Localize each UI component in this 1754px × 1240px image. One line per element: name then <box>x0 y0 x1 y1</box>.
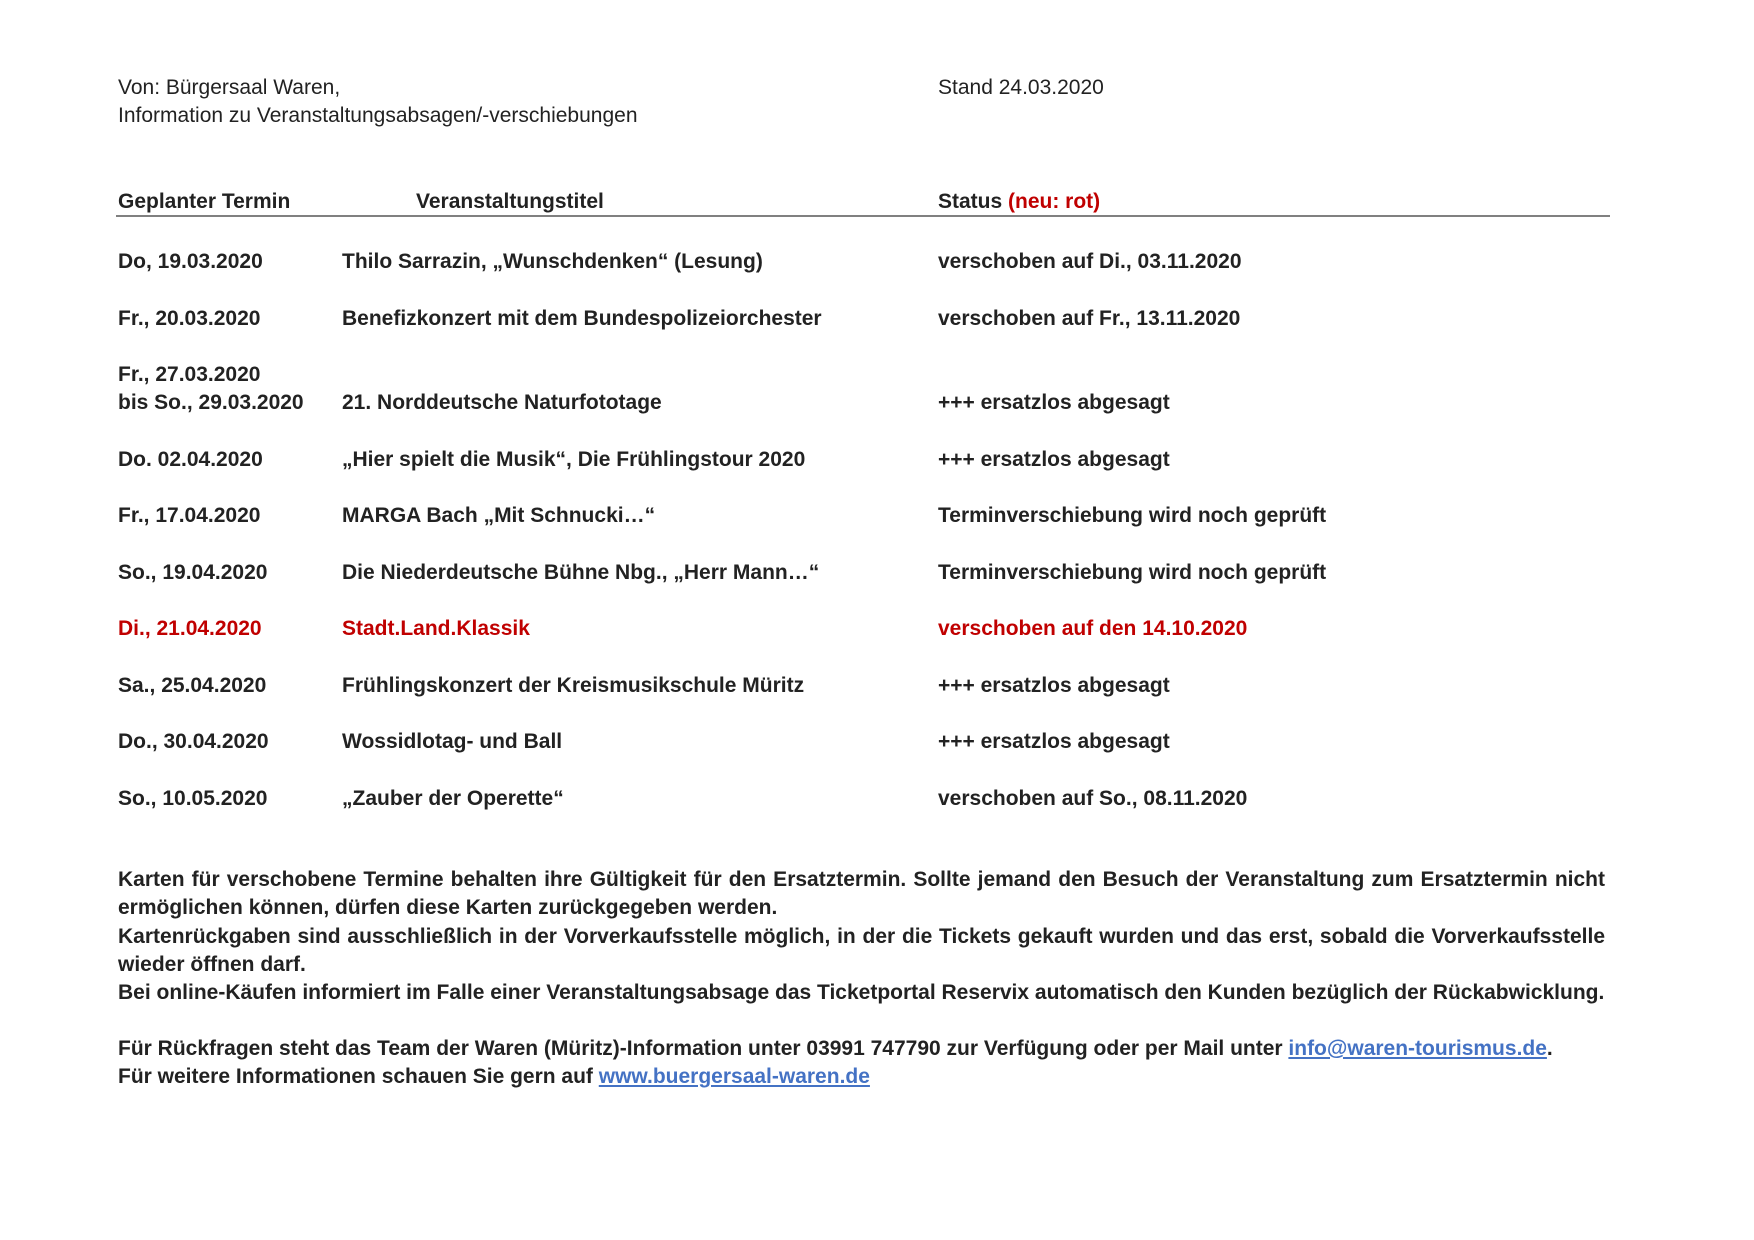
website-text: Für weitere Informationen schauen Sie ge… <box>118 1065 599 1088</box>
contact-line-website: Für weitere Informationen schauen Sie ge… <box>118 1063 1605 1091</box>
row-title: 21. Norddeutsche Naturfototage <box>342 389 662 417</box>
row-title: Thilo Sarrazin, „Wunschdenken“ (Lesung) <box>342 248 763 276</box>
row-date: bis So., 29.03.2020 <box>118 389 304 417</box>
row-date: Do., 30.04.2020 <box>118 728 269 756</box>
contact-line-phone-mail: Für Rückfragen steht das Team der Waren … <box>118 1035 1605 1063</box>
email-link[interactable]: info@waren-tourismus.de <box>1288 1037 1547 1060</box>
row-title: MARGA Bach „Mit Schnucki…“ <box>342 502 655 530</box>
row-title: „Zauber der Operette“ <box>342 785 564 813</box>
row-title: Wossidlotag- und Ball <box>342 728 562 756</box>
row-date: Do. 02.04.2020 <box>118 446 263 474</box>
row-date: Di., 21.04.2020 <box>118 615 262 643</box>
row-title: Frühlingskonzert der Kreismusikschule Mü… <box>342 672 804 700</box>
document-page: Von: Bürgersaal Waren, Information zu Ve… <box>0 0 1754 1240</box>
row-date: So., 10.05.2020 <box>118 785 267 813</box>
row-date-start: Fr., 27.03.2020 <box>118 361 260 389</box>
row-status: Terminverschiebung wird noch geprüft <box>938 559 1326 587</box>
row-status: verschoben auf den 14.10.2020 <box>938 615 1247 643</box>
row-status: Terminverschiebung wird noch geprüft <box>938 502 1326 530</box>
header-divider <box>116 215 1610 217</box>
row-date: So., 19.04.2020 <box>118 559 267 587</box>
note-validity: Karten für verschobene Termine behalten … <box>118 866 1605 923</box>
status-header-label: Status <box>938 190 1002 213</box>
note-online: Bei online-Käufen informiert im Falle ei… <box>118 979 1605 1007</box>
row-status: verschoben auf Fr., 13.11.2020 <box>938 305 1240 333</box>
column-header-title: Veranstaltungstitel <box>416 190 604 214</box>
row-title: „Hier spielt die Musik“, Die Frühlingsto… <box>342 446 805 474</box>
row-title: Stadt.Land.Klassik <box>342 615 530 643</box>
column-header-status: Status (neu: rot) <box>938 190 1100 214</box>
row-status: +++ ersatzlos abgesagt <box>938 446 1170 474</box>
status-header-note: (neu: rot) <box>1008 190 1100 213</box>
row-date: Fr., 17.04.2020 <box>118 502 260 530</box>
note-refunds: Kartenrückgaben sind ausschließlich in d… <box>118 923 1605 980</box>
row-title: Benefizkonzert mit dem Bundespolizeiorch… <box>342 305 822 333</box>
sender-line: Von: Bürgersaal Waren, <box>118 76 340 100</box>
row-status: +++ ersatzlos abgesagt <box>938 389 1170 417</box>
row-title: Die Niederdeutsche Bühne Nbg., „Herr Man… <box>342 559 819 587</box>
contact-info: Für Rückfragen steht das Team der Waren … <box>118 1035 1605 1092</box>
subject-line: Information zu Veranstaltungsabsagen/-ve… <box>118 104 638 128</box>
row-status: +++ ersatzlos abgesagt <box>938 672 1170 700</box>
contact-text: Für Rückfragen steht das Team der Waren … <box>118 1037 1288 1060</box>
row-date: Do, 19.03.2020 <box>118 248 263 276</box>
row-status: +++ ersatzlos abgesagt <box>938 728 1170 756</box>
row-date: Sa., 25.04.2020 <box>118 672 266 700</box>
ticket-notes: Karten für verschobene Termine behalten … <box>118 866 1605 1007</box>
row-status: verschoben auf So., 08.11.2020 <box>938 785 1247 813</box>
status-date: Stand 24.03.2020 <box>938 76 1104 100</box>
website-link[interactable]: www.buergersaal-waren.de <box>599 1065 870 1088</box>
column-header-date: Geplanter Termin <box>118 190 290 214</box>
contact-period: . <box>1547 1037 1553 1060</box>
row-date: Fr., 20.03.2020 <box>118 305 260 333</box>
row-status: verschoben auf Di., 03.11.2020 <box>938 248 1242 276</box>
